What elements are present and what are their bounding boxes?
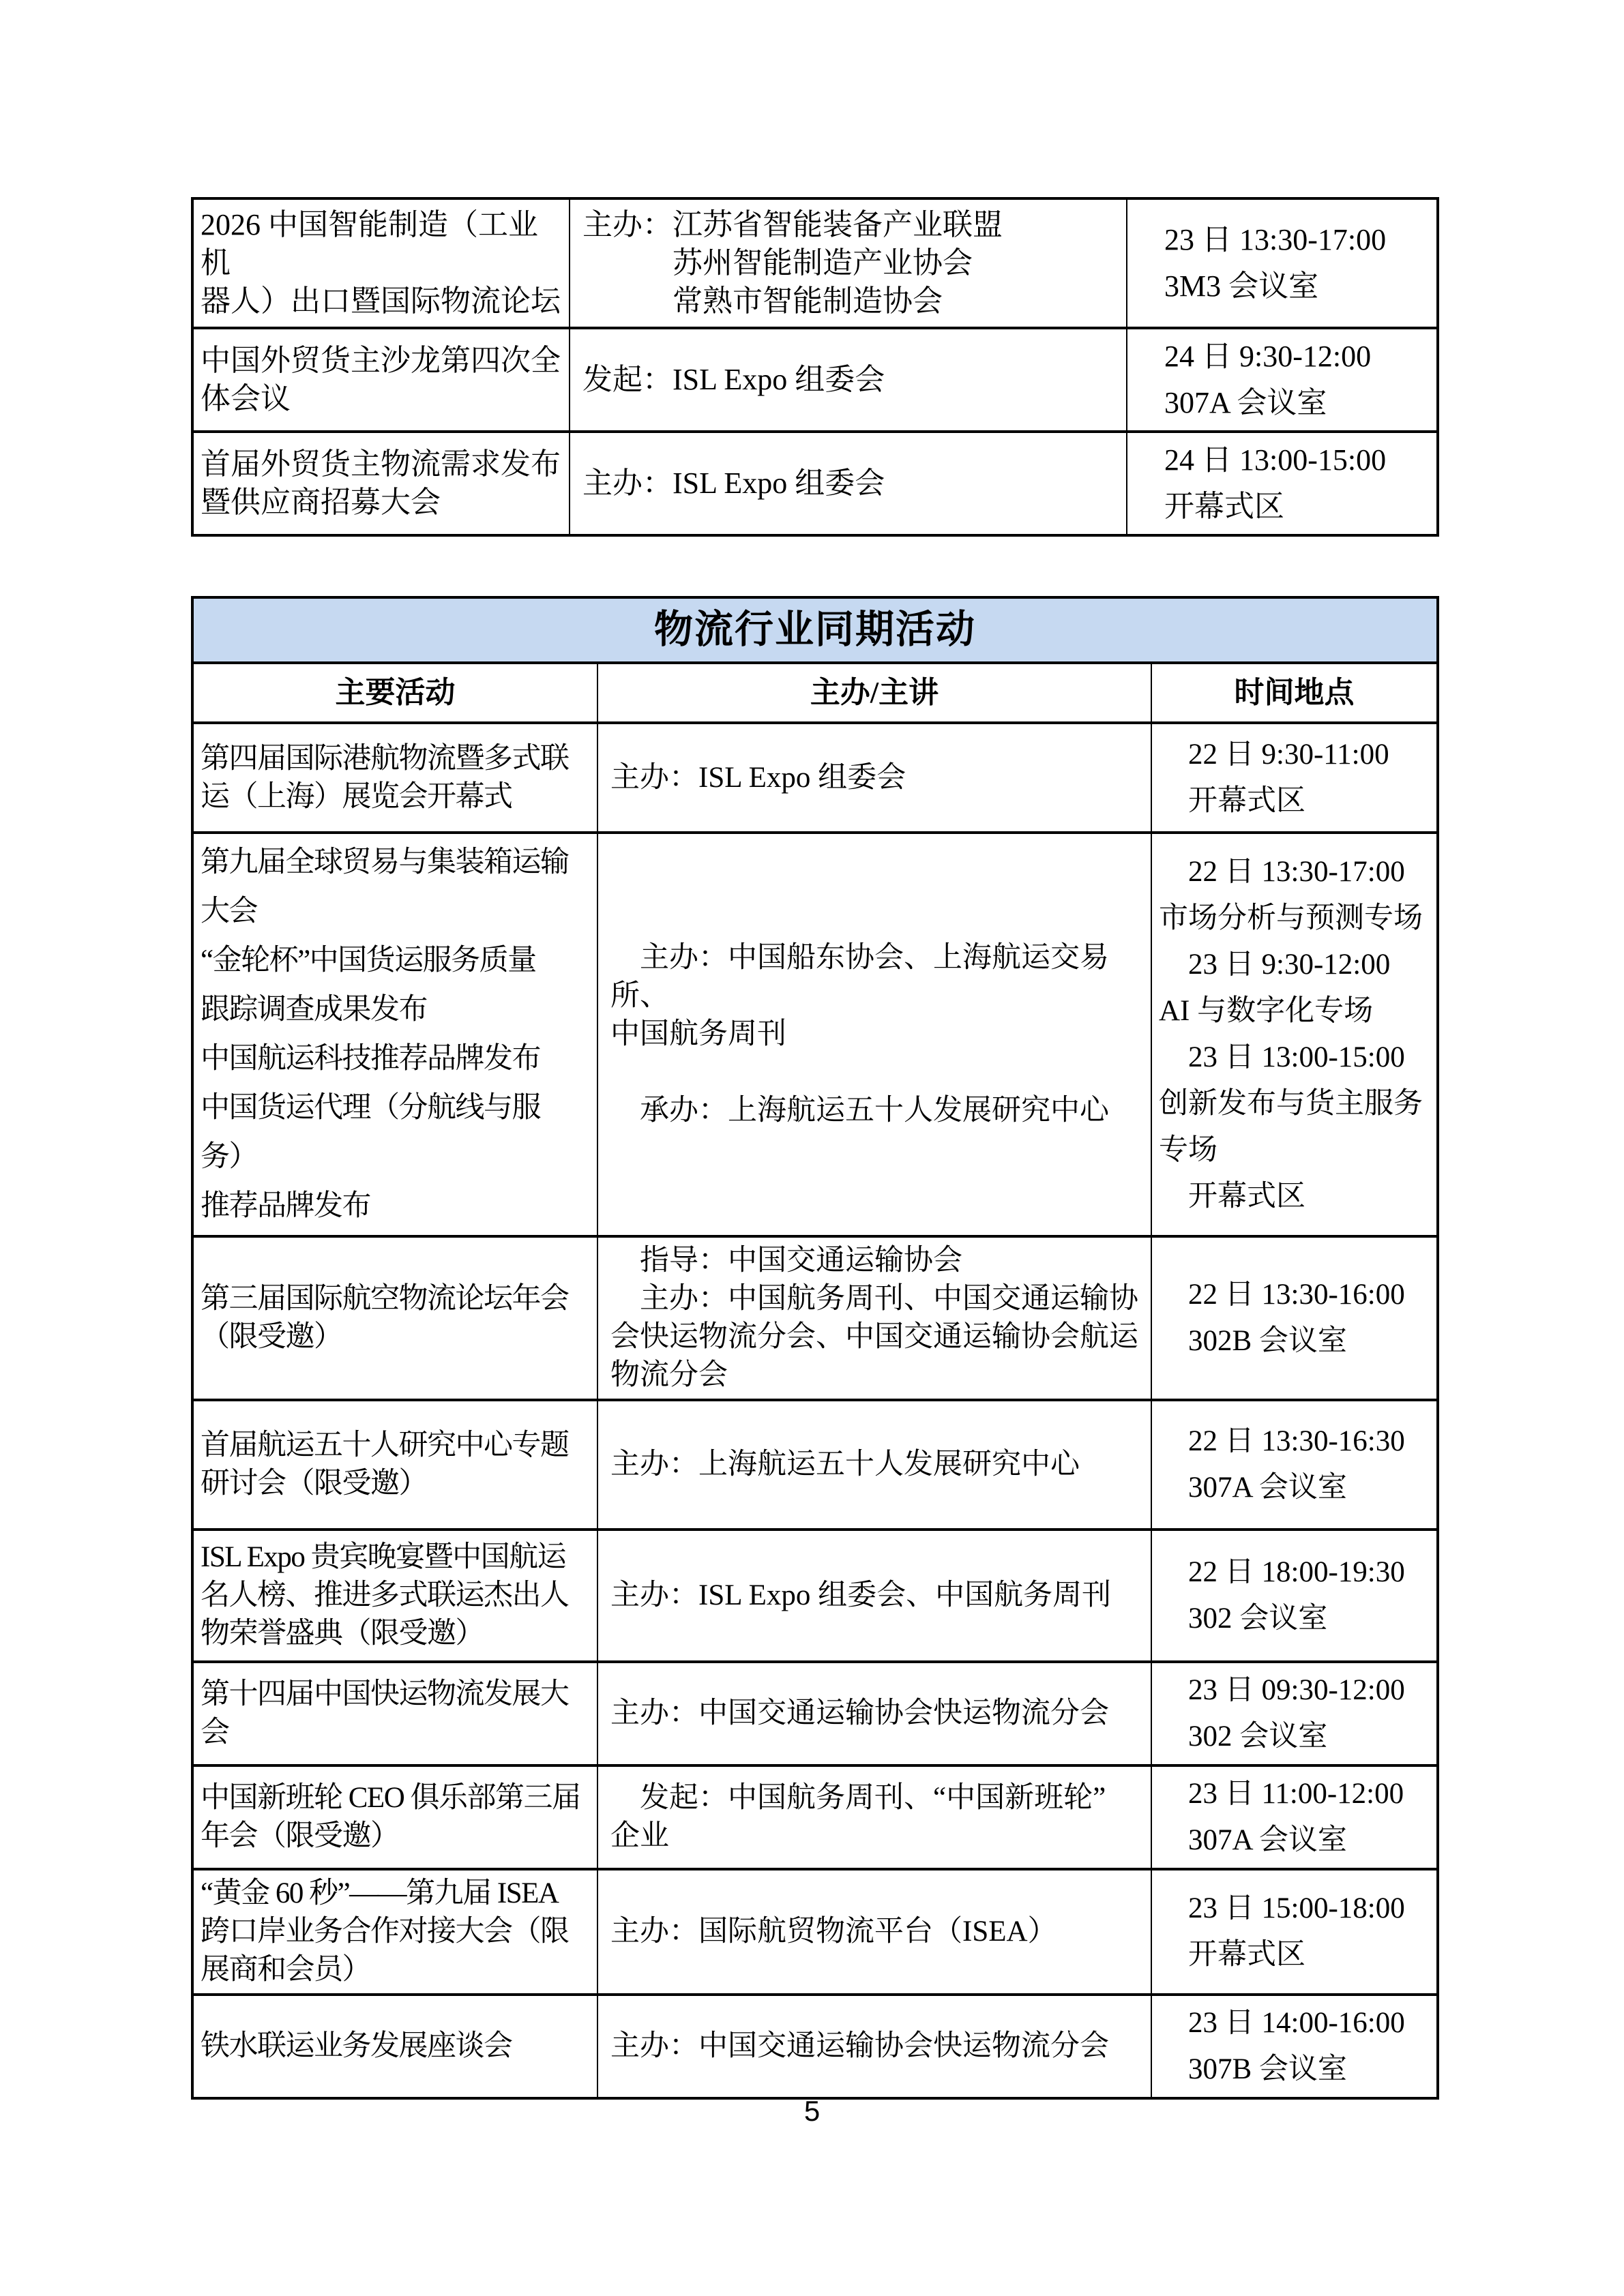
table-row: 第九届全球贸易与集装箱运输 大会 “金轮杯”中国货运服务质量 跟踪调查成果发布 …	[192, 833, 1438, 1236]
event-activity-cell: “黄金 60 秒”——第九届 ISEA 跨口岸业务合作对接大会（限 展商和会员）	[192, 1869, 597, 1995]
event-organizer-cell: 发起：ISL Expo 组委会	[570, 328, 1127, 432]
event-time-cell: 23 日 09:30-12:00 302 会议室	[1151, 1662, 1438, 1765]
column-header-organizer: 主办/主讲	[597, 663, 1151, 723]
table-row: 第十四届中国快运物流发展大 会 主办：中国交通运输协会快运物流分会 23 日 0…	[192, 1662, 1438, 1765]
table-row: 第三届国际航空物流论坛年会 （限受邀） 指导：中国交通运输协会 主办：中国航务周…	[192, 1236, 1438, 1400]
table-row: 首届航运五十人研究中心专题 研讨会（限受邀） 主办：上海航运五十人发展研究中心 …	[192, 1400, 1438, 1530]
event-time-cell: 22 日 13:30-16:00 302B 会议室	[1151, 1236, 1438, 1400]
event-organizer-cell: 主办：中国交通运输协会快运物流分会	[597, 1995, 1151, 2098]
table-row: 2026 中国智能制造（工业机 器人）出口暨国际物流论坛 主办：江苏省智能装备产…	[192, 198, 1438, 328]
event-activity-cell: 第十四届中国快运物流发展大 会	[192, 1662, 597, 1765]
event-activity-cell: 铁水联运业务发展座谈会	[192, 1995, 597, 2098]
event-organizer-cell: 主办：国际航贸物流平台（ISEA）	[597, 1869, 1151, 1995]
page-number: 5	[0, 2095, 1624, 2128]
event-time-cell: 24 日 13:00-15:00 开幕式区	[1127, 432, 1438, 535]
event-organizer-cell: 主办：ISL Expo 组委会	[597, 723, 1151, 833]
event-activity-cell: 中国新班轮 CEO 俱乐部第三届 年会（限受邀）	[192, 1765, 597, 1869]
event-organizer-cell: 主办：中国交通运输协会快运物流分会	[597, 1662, 1151, 1765]
table-header-row: 主要活动 主办/主讲 时间地点	[192, 663, 1438, 723]
event-organizer-cell: 主办：中国船东协会、上海航运交易所、 中国航务周刊 承办：上海航运五十人发展研究…	[597, 833, 1151, 1236]
event-time-cell: 23 日 11:00-12:00 307A 会议室	[1151, 1765, 1438, 1869]
logistics-concurrent-events-table: 物流行业同期活动 主要活动 主办/主讲 时间地点 第四届国际港航物流暨多式联 运…	[191, 596, 1439, 2100]
table-row: ISL Expo 贵宾晚宴暨中国航运 名人榜、推进多式联运杰出人 物荣誉盛典（限…	[192, 1530, 1438, 1662]
event-time-cell: 22 日 9:30-11:00 开幕式区	[1151, 723, 1438, 833]
event-activity-cell: 第九届全球贸易与集装箱运输 大会 “金轮杯”中国货运服务质量 跟踪调查成果发布 …	[192, 833, 597, 1236]
event-organizer-cell: 主办：ISL Expo 组委会、中国航务周刊	[597, 1530, 1151, 1662]
event-organizer-cell: 主办：江苏省智能装备产业联盟 苏州智能制造产业协会 常熟市智能制造协会	[570, 198, 1127, 328]
table-title-row: 物流行业同期活动	[192, 597, 1438, 663]
event-activity-cell: ISL Expo 贵宾晚宴暨中国航运 名人榜、推进多式联运杰出人 物荣誉盛典（限…	[192, 1530, 597, 1662]
table-row: “黄金 60 秒”——第九届 ISEA 跨口岸业务合作对接大会（限 展商和会员）…	[192, 1869, 1438, 1995]
event-time-cell: 22 日 13:30-17:00 市场分析与预测专场 23 日 9:30-12:…	[1151, 833, 1438, 1236]
event-activity-cell: 首届航运五十人研究中心专题 研讨会（限受邀）	[192, 1400, 597, 1530]
event-time-cell: 23 日 15:00-18:00 开幕式区	[1151, 1869, 1438, 1995]
event-organizer-cell: 发起：中国航务周刊、“中国新班轮” 企业	[597, 1765, 1151, 1869]
event-time-cell: 22 日 13:30-16:30 307A 会议室	[1151, 1400, 1438, 1530]
event-activity-cell: 2026 中国智能制造（工业机 器人）出口暨国际物流论坛	[192, 198, 570, 328]
column-header-time-location: 时间地点	[1151, 663, 1438, 723]
table-row: 首届外贸货主物流需求发布 暨供应商招募大会 主办：ISL Expo 组委会 24…	[192, 432, 1438, 535]
event-activity-cell: 首届外贸货主物流需求发布 暨供应商招募大会	[192, 432, 570, 535]
table-row: 第四届国际港航物流暨多式联 运（上海）展览会开幕式 主办：ISL Expo 组委…	[192, 723, 1438, 833]
event-time-cell: 22 日 18:00-19:30 302 会议室	[1151, 1530, 1438, 1662]
event-organizer-cell: 主办：ISL Expo 组委会	[570, 432, 1127, 535]
table-row: 中国新班轮 CEO 俱乐部第三届 年会（限受邀） 发起：中国航务周刊、“中国新班…	[192, 1765, 1438, 1869]
table-row: 铁水联运业务发展座谈会 主办：中国交通运输协会快运物流分会 23 日 14:00…	[192, 1995, 1438, 2098]
event-activity-cell: 中国外贸货主沙龙第四次全 体会议	[192, 328, 570, 432]
table-title: 物流行业同期活动	[192, 597, 1438, 663]
column-header-activity: 主要活动	[192, 663, 597, 723]
event-time-cell: 23 日 13:30-17:00 3M3 会议室	[1127, 198, 1438, 328]
event-organizer-cell: 指导：中国交通运输协会 主办：中国航务周刊、中国交通运输协 会快运物流分会、中国…	[597, 1236, 1151, 1400]
event-time-cell: 24 日 9:30-12:00 307A 会议室	[1127, 328, 1438, 432]
event-time-cell: 23 日 14:00-16:00 307B 会议室	[1151, 1995, 1438, 2098]
event-activity-cell: 第三届国际航空物流论坛年会 （限受邀）	[192, 1236, 597, 1400]
table-row: 中国外贸货主沙龙第四次全 体会议 发起：ISL Expo 组委会 24 日 9:…	[192, 328, 1438, 432]
event-organizer-cell: 主办：上海航运五十人发展研究中心	[597, 1400, 1151, 1530]
events-table-continued: 2026 中国智能制造（工业机 器人）出口暨国际物流论坛 主办：江苏省智能装备产…	[191, 197, 1439, 537]
event-activity-cell: 第四届国际港航物流暨多式联 运（上海）展览会开幕式	[192, 723, 597, 833]
